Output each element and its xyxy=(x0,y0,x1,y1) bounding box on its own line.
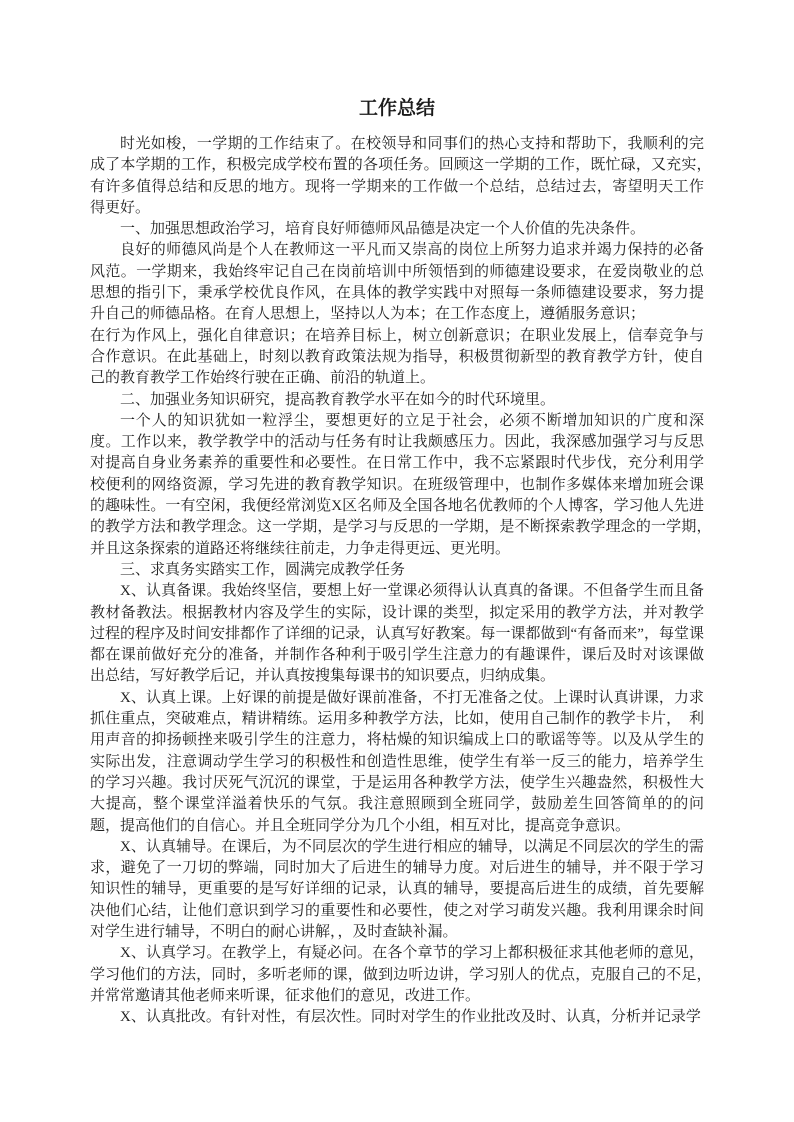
section-heading: 三、求真务实踏实工作，圆满完成教学任务 xyxy=(90,560,704,581)
body-paragraph: 时光如梭，一学期的工作结束了。在校领导和同事们的热心支持和帮助下，我顺利的完成了… xyxy=(90,134,704,219)
body-paragraph: X、认真上课。上好课的前提是做好课前准备，不打无准备之仗。上课时认真讲课，力求抓… xyxy=(90,688,704,837)
body-paragraph: X、认真备课。我始终坚信，要想上好一堂课必须得认认真真的备课。不但备学生而且备教… xyxy=(90,581,704,687)
document-title: 工作总结 xyxy=(90,97,704,121)
body-paragraph: X、认真辅导。在课后，为不同层次的学生进行相应的辅导，以满足不同层次的学生的需求… xyxy=(90,837,704,943)
document-page: 工作总结 时光如梭，一学期的工作结束了。在校领导和同事们的热心支持和帮助下，我顺… xyxy=(0,0,794,1122)
section-heading: 一、加强思想政治学习，培育良好师德师风品德是决定一个人价值的先决条件。 xyxy=(90,219,704,240)
body-paragraph: X、认真批改。有针对性，有层次性。同时对学生的作业批改及时、认真，分析并记录学 xyxy=(90,1007,704,1028)
section-heading: 二、加强业务知识研究，提高教育教学水平在如今的时代环境里。 xyxy=(90,390,704,411)
body-paragraph: 一个人的知识犹如一粒浮尘，要想更好的立足于社会，必须不断增加知识的广度和深度。工… xyxy=(90,411,704,560)
body-paragraph: 在行为作风上，强化自律意识；在培养目标上，树立创新意识；在职业发展上，信奉竞争与… xyxy=(90,326,704,390)
document-body: 时光如梭，一学期的工作结束了。在校领导和同事们的热心支持和帮助下，我顺利的完成了… xyxy=(90,134,704,1028)
body-paragraph: X、认真学习。在教学上，有疑必问。在各个章节的学习上都积极征求其他老师的意见，学… xyxy=(90,943,704,1007)
body-paragraph: 良好的师德风尚是个人在教师这一平凡而又崇高的岗位上所努力追求并竭力保持的必备风范… xyxy=(90,240,704,325)
